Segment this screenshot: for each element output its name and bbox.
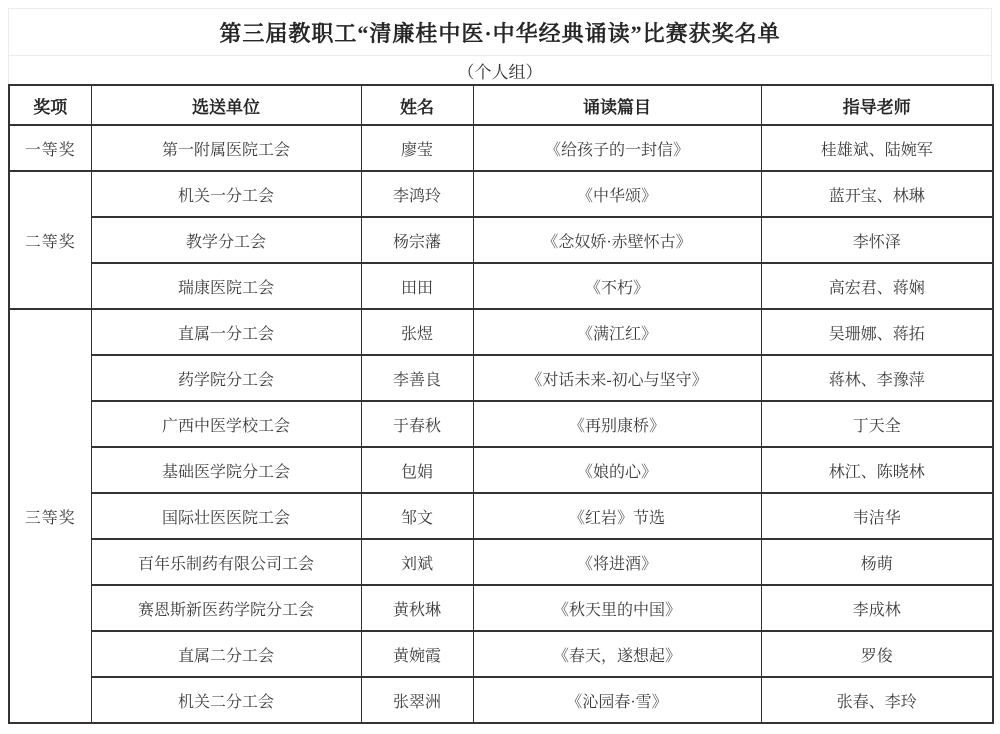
table-row: 机关二分工会张翠洲《沁园春·雪》张春、李玲 (9, 677, 993, 723)
table-body: 一等奖第一附属医院工会廖莹《给孩子的一封信》桂雄斌、陆婉军二等奖机关一分工会李鸿… (9, 125, 993, 723)
header-unit: 选送单位 (91, 85, 361, 125)
header-piece: 诵读篇目 (473, 85, 761, 125)
unit-cell: 第一附属医院工会 (91, 125, 361, 171)
header-teachers: 指导老师 (761, 85, 993, 125)
name-cell: 邹文 (361, 493, 473, 539)
name-cell: 廖莹 (361, 125, 473, 171)
piece-cell: 《中华颂》 (473, 171, 761, 217)
teachers-cell: 李成林 (761, 585, 993, 631)
teachers-cell: 高宏君、蒋娴 (761, 263, 993, 309)
teachers-cell: 吴珊娜、蒋拓 (761, 309, 993, 355)
teachers-cell: 罗俊 (761, 631, 993, 677)
piece-cell: 《对话未来-初心与坚守》 (473, 355, 761, 401)
name-cell: 张煜 (361, 309, 473, 355)
teachers-cell: 蒋林、李豫萍 (761, 355, 993, 401)
table-row: 药学院分工会李善良《对话未来-初心与坚守》蒋林、李豫萍 (9, 355, 993, 401)
piece-cell: 《娘的心》 (473, 447, 761, 493)
unit-cell: 基础医学院分工会 (91, 447, 361, 493)
name-cell: 刘斌 (361, 539, 473, 585)
unit-cell: 直属一分工会 (91, 309, 361, 355)
piece-cell: 《秋天里的中国》 (473, 585, 761, 631)
name-cell: 于春秋 (361, 401, 473, 447)
table-row: 百年乐制药有限公司工会刘斌《将进酒》杨萌 (9, 539, 993, 585)
unit-cell: 教学分工会 (91, 217, 361, 263)
name-cell: 黄秋琳 (361, 585, 473, 631)
table-row: 瑞康医院工会田田《不朽》高宏君、蒋娴 (9, 263, 993, 309)
table-row: 国际壮医医院工会邹文《红岩》节选韦洁华 (9, 493, 993, 539)
table-row: 赛恩斯新医药学院分工会黄秋琳《秋天里的中国》李成林 (9, 585, 993, 631)
unit-cell: 广西中医学校工会 (91, 401, 361, 447)
title-block: 第三届教职工“清廉桂中医·中华经典诵读”比赛获奖名单 （个人组） (8, 8, 992, 84)
name-cell: 李善良 (361, 355, 473, 401)
header-award: 奖项 (9, 85, 91, 125)
page-title: 第三届教职工“清廉桂中医·中华经典诵读”比赛获奖名单 (9, 9, 991, 56)
table-row: 二等奖机关一分工会李鸿玲《中华颂》蓝开宝、林琳 (9, 171, 993, 217)
teachers-cell: 林江、陈晓林 (761, 447, 993, 493)
unit-cell: 百年乐制药有限公司工会 (91, 539, 361, 585)
unit-cell: 直属二分工会 (91, 631, 361, 677)
name-cell: 张翠洲 (361, 677, 473, 723)
piece-cell: 《念奴娇·赤壁怀古》 (473, 217, 761, 263)
piece-cell: 《春天，遂想起》 (473, 631, 761, 677)
unit-cell: 机关二分工会 (91, 677, 361, 723)
table-row: 三等奖直属一分工会张煜《满江红》吴珊娜、蒋拓 (9, 309, 993, 355)
header-name: 姓名 (361, 85, 473, 125)
award-table: 奖项 选送单位 姓名 诵读篇目 指导老师 一等奖第一附属医院工会廖莹《给孩子的一… (8, 84, 994, 724)
teachers-cell: 桂雄斌、陆婉军 (761, 125, 993, 171)
piece-cell: 《再别康桥》 (473, 401, 761, 447)
table-row: 一等奖第一附属医院工会廖莹《给孩子的一封信》桂雄斌、陆婉军 (9, 125, 993, 171)
unit-cell: 机关一分工会 (91, 171, 361, 217)
piece-cell: 《沁园春·雪》 (473, 677, 761, 723)
teachers-cell: 丁天全 (761, 401, 993, 447)
name-cell: 包娟 (361, 447, 473, 493)
teachers-cell: 李怀泽 (761, 217, 993, 263)
unit-cell: 国际壮医医院工会 (91, 493, 361, 539)
award-cell: 一等奖 (9, 125, 91, 171)
table-row: 广西中医学校工会于春秋《再别康桥》丁天全 (9, 401, 993, 447)
award-cell: 二等奖 (9, 171, 91, 309)
name-cell: 李鸿玲 (361, 171, 473, 217)
unit-cell: 瑞康医院工会 (91, 263, 361, 309)
name-cell: 黄婉霞 (361, 631, 473, 677)
teachers-cell: 杨萌 (761, 539, 993, 585)
name-cell: 田田 (361, 263, 473, 309)
piece-cell: 《红岩》节选 (473, 493, 761, 539)
table-row: 直属二分工会黄婉霞《春天，遂想起》罗俊 (9, 631, 993, 677)
page-subtitle: （个人组） (9, 56, 991, 84)
award-cell: 三等奖 (9, 309, 91, 723)
teachers-cell: 蓝开宝、林琳 (761, 171, 993, 217)
piece-cell: 《将进酒》 (473, 539, 761, 585)
unit-cell: 药学院分工会 (91, 355, 361, 401)
table-row: 教学分工会杨宗藩《念奴娇·赤壁怀古》李怀泽 (9, 217, 993, 263)
piece-cell: 《给孩子的一封信》 (473, 125, 761, 171)
unit-cell: 赛恩斯新医药学院分工会 (91, 585, 361, 631)
piece-cell: 《不朽》 (473, 263, 761, 309)
piece-cell: 《满江红》 (473, 309, 761, 355)
table-row: 基础医学院分工会包娟《娘的心》林江、陈晓林 (9, 447, 993, 493)
page: 第三届教职工“清廉桂中医·中华经典诵读”比赛获奖名单 （个人组） 奖项 选送单位… (0, 0, 1000, 734)
teachers-cell: 韦洁华 (761, 493, 993, 539)
table-header-row: 奖项 选送单位 姓名 诵读篇目 指导老师 (9, 85, 993, 125)
teachers-cell: 张春、李玲 (761, 677, 993, 723)
name-cell: 杨宗藩 (361, 217, 473, 263)
